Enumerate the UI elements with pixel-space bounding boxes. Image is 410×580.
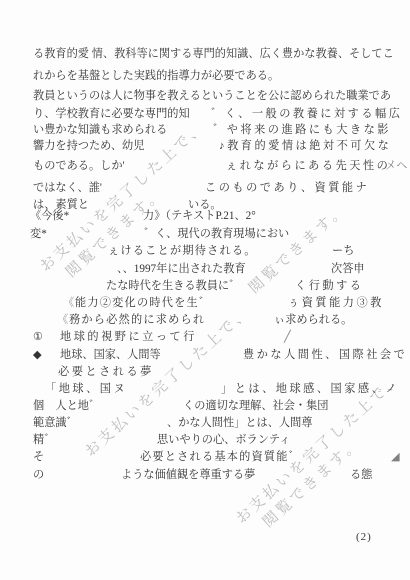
text-fragment: り、学校教育に必要な専門的知 [33, 107, 190, 121]
text-fragment: ーち [332, 244, 354, 258]
text-fragment: 地球的視野に立って行 [60, 330, 197, 344]
text-line: そ必要とされる基本的資質能゛◢ [0, 450, 410, 465]
text-fragment: 「地球、国ヌ [45, 382, 127, 396]
text-fragment: ぇれながらにある先天性の [226, 159, 390, 173]
text-fragment: ではなく、誰' [33, 181, 102, 195]
text-line: 《能力②変化の時代を生゛ぅ資質能力③教 [0, 296, 410, 311]
text-line: り、学校教育に必要な専門的知゛く、一般の教養に対する幅広 [0, 107, 410, 122]
text-line: 変*゛く、現代の教育現場におい [0, 227, 410, 242]
text-fragment: 変* [30, 227, 47, 241]
text-fragment: ゛く、一般の教養に対する幅広 [211, 107, 402, 121]
text-fragment: 豊かな人間性、国際社会で [243, 348, 407, 362]
text-fragment: くの適切な理解、社会・集団 [183, 399, 328, 413]
text-fragment: ぇけることが期待される。 [108, 244, 257, 258]
text-fragment: ♪教育的愛情は絶対不可欠な [219, 139, 391, 153]
text-fragment: い豊かな知識も求められる [33, 123, 167, 137]
text-fragment: れからを基盤とした実践的指導力が必要である。 [33, 69, 279, 83]
text-fragment: 務から必然的に求められ [69, 313, 205, 327]
text-line: れからを基盤とした実践的指導力が必要である。 [0, 69, 410, 84]
text-line: 《今後*力》（テキストP.21、2° [0, 209, 410, 224]
text-line: い豊かな知識も求められる゛や将来の進路にも大きな影 [0, 123, 410, 138]
text-line: 響力を持つため、幼児♪教育的愛情は絶対不可欠な [0, 139, 410, 154]
text-fragment: 地球、国家、人間等 [60, 348, 161, 362]
text-line: ぇけることが期待される。ーち [0, 244, 410, 259]
text-fragment: ような価値観を尊重する夢 [121, 468, 255, 482]
text-fragment: る教育的愛 情、教科等に関する専門的知識、広く豊かな教養、そしてこ [33, 47, 394, 61]
text-fragment: ものである。しか' [33, 159, 125, 173]
text-line: る教育的愛 情、教科等に関する専門的知識、広く豊かな教養、そしてこ [0, 47, 410, 62]
scanned-document-page: お支払いを完了した上で、閲覧できます。お支払いを完了した上で、閲覧できます。お支… [0, 0, 410, 580]
text-line: 、、1997年に出された教育次答申 [0, 262, 410, 277]
text-line: ものである。しか'ぇれながらにある先天性のメヘ [0, 159, 410, 174]
text-line: ①地球的視野に立って行╱ [0, 330, 410, 345]
text-fragment: 必要とされる基本的資質能゛ [140, 450, 301, 464]
text-fragment: ゛や将来の進路にも大きな影 [213, 123, 391, 137]
text-fragment: ぃ求められる。 [274, 313, 352, 327]
text-fragment: 力》（テキストP.21、2° [143, 209, 256, 223]
text-fragment: 精゛ [33, 433, 55, 447]
text-line: 「地球、国ヌ」とは、地球感、国家感、ノ [0, 382, 410, 397]
text-line: 《務から必然的に求められぃ求められる。 [0, 313, 410, 328]
text-fragment: 能力②変化の時代を生゛ [75, 296, 211, 310]
text-fragment: このものであり、資質能ナ [205, 181, 369, 195]
text-line: ではなく、誰'このものであり、資質能ナ [0, 181, 410, 196]
text-fragment: ぅ資質能力③教 [288, 296, 384, 310]
text-fragment: ◢ [391, 450, 400, 464]
text-fragment: 、かな人間性」とは、人間尊 [167, 416, 312, 430]
text-line: 精゛思いやりの心、ボランティ [0, 433, 410, 448]
text-fragment: 思いやりの心、ボランティ [157, 433, 290, 447]
text-line: 必要とされる夢 [0, 365, 410, 380]
text-line: のような価値観を尊重する夢る態 [0, 468, 410, 483]
text-fragment: たな時代を生きる教員に゛ [106, 279, 240, 293]
text-fragment: 《 [63, 296, 74, 310]
text-fragment: ◆ [33, 348, 42, 362]
text-fragment: 範意識゛ [33, 416, 78, 430]
text-fragment: そ [33, 450, 44, 464]
text-fragment: ゛く、現代の教育現場におい [144, 227, 289, 241]
text-line: ◆地球、国家、人間等豊かな人間性、国際社会で [0, 348, 410, 363]
text-line: 教員というのは人に物事を教えるということを公に認められた職業であ [0, 89, 410, 104]
text-line: 範意識゛、かな人間性」とは、人間尊 [0, 416, 410, 431]
text-fragment: ╱ [284, 330, 291, 344]
text-fragment: 教員というのは人に物事を教えるということを公に認められた職業であ [33, 89, 391, 103]
text-fragment: ① [33, 330, 43, 344]
text-fragment: メヘ [385, 159, 407, 173]
text-fragment: 次答申 [331, 262, 365, 276]
document-text-layer: る教育的愛 情、教科等に関する専門的知識、広く豊かな教養、そしてこれからを基盤と… [0, 0, 410, 580]
text-fragment: 響力を持つため、幼児 [33, 139, 144, 153]
text-fragment: る態 [350, 468, 372, 482]
text-line: 個 人と地゛くの適切な理解、社会・集団 [0, 399, 410, 414]
text-fragment: 」とは、地球感、国家感、ノ [221, 382, 399, 396]
text-line: たな時代を生きる教員に゛く行動する [0, 279, 410, 294]
text-fragment: 、、1997年に出された教育 [117, 262, 246, 276]
text-fragment: く行動する [295, 279, 363, 293]
text-fragment: 必要とされる夢 [58, 365, 154, 379]
text-fragment: 《 [57, 313, 68, 327]
text-fragment: の [33, 468, 44, 482]
text-fragment: 《今後* [30, 209, 69, 223]
text-fragment: 個 人と地゛ [33, 399, 100, 413]
